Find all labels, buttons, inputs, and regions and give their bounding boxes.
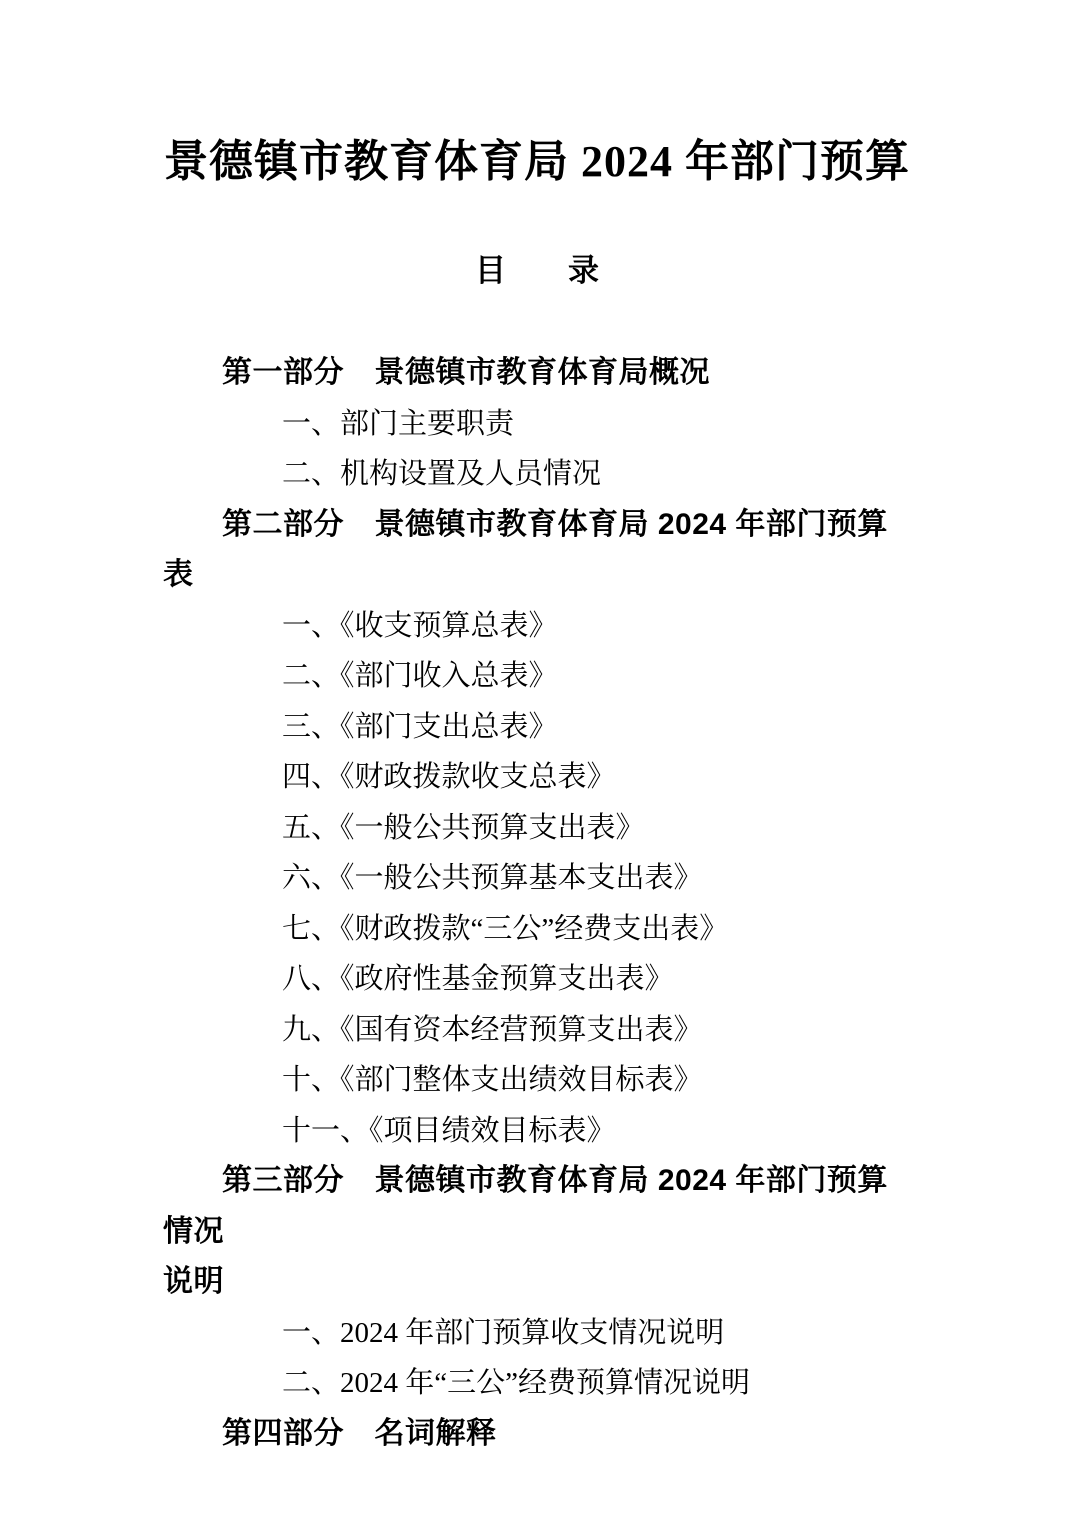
toc-item: 一、2024 年部门预算收支情况说明 (163, 1308, 911, 1359)
section-heading-line: 第三部分 景德镇市教育体育局 2024 年部门预算情况 (163, 1156, 911, 1257)
toc-item: 三、《部门支出总表》 (163, 702, 911, 753)
section-heading-line: 第一部分 景德镇市教育体育局概况 (163, 348, 911, 399)
section-heading-line: 第四部分 名词解释 (163, 1409, 911, 1460)
table-of-contents: 第一部分 景德镇市教育体育局概况一、部门主要职责二、机构设置及人员情况第二部分 … (163, 348, 911, 1459)
toc-heading: 目 录 (163, 248, 911, 294)
toc-item: 十、《部门整体支出绩效目标表》 (163, 1055, 911, 1106)
toc-item: 一、部门主要职责 (163, 399, 911, 450)
toc-item: 十一、《项目绩效目标表》 (163, 1106, 911, 1157)
toc-item: 二、机构设置及人员情况 (163, 449, 911, 500)
section-heading-line: 第二部分 景德镇市教育体育局 2024 年部门预算表 (163, 500, 911, 601)
toc-item: 七、《财政拨款“三公”经费支出表》 (163, 904, 911, 955)
toc-item: 二、2024 年“三公”经费预算情况说明 (163, 1358, 911, 1409)
toc-item: 九、《国有资本经营预算支出表》 (163, 1005, 911, 1056)
section-heading-line: 说明 (163, 1257, 911, 1308)
page-title: 景德镇市教育体育局 2024 年部门预算 (78, 0, 996, 194)
toc-item: 二、《部门收入总表》 (163, 651, 911, 702)
document-page: 景德镇市教育体育局 2024 年部门预算 目 录 第一部分 景德镇市教育体育局概… (0, 0, 1074, 1520)
toc-item: 一、《收支预算总表》 (163, 601, 911, 652)
toc-item: 五、《一般公共预算支出表》 (163, 803, 911, 854)
toc-item: 八、《政府性基金预算支出表》 (163, 954, 911, 1005)
toc-item: 四、《财政拨款收支总表》 (163, 752, 911, 803)
toc-item: 六、《一般公共预算基本支出表》 (163, 853, 911, 904)
